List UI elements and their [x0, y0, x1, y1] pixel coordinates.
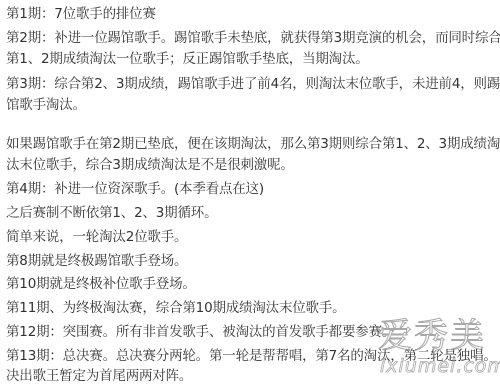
- text-line: 第1、2期成绩淘汰一位歌手；反正踢馆歌手垫底，当期淘汰。: [6, 50, 369, 68]
- text-line: 第8期就是终极踢馆歌手登场。: [6, 252, 187, 270]
- text-line: 决出歌王暂定为首尾两两对阵。: [6, 367, 192, 385]
- text-line: 第4期：补进一位资深歌手。(本季看点在这): [6, 180, 264, 198]
- text-line: 之后赛制不断依第1、2、3期循环。: [6, 204, 217, 222]
- text-line: 简单来说，一轮淘汰2位歌手。: [6, 228, 187, 246]
- text-line: 第1期：7位歌手的排位赛: [6, 5, 156, 23]
- text-line: 第2期：补进一位踢馆歌手。踢馆歌手未垫底，就获得第3期竞演的机会，而同时综合: [6, 29, 500, 47]
- text-line: 第3期：综合第2、3期成绩，踢馆歌手进了前4名，则淘汰末位歌手，未进前4，则踢: [6, 75, 500, 93]
- text-line: 第13期：总决赛。总决赛分两轮。第一轮是帮帮唱，第7名的淘汰，第二轮是独唱。: [6, 347, 497, 365]
- text-line: 第10期就是终极补位歌手登场。: [6, 275, 196, 293]
- text-line: 第12期：突围赛。所有非首发歌手、被淘汰的首发歌手都要参赛。: [6, 323, 395, 341]
- text-line: 如果踢馆歌手在第2期已垫底，便在该期淘汰，那么第3期则综合第1、2、3期成绩淘: [6, 135, 500, 153]
- text-line: 汰末位歌手，综合3期成绩淘汰是不是很刺激呢。: [6, 156, 294, 174]
- text-line: 馆歌手淘汰。: [6, 96, 86, 114]
- text-line: 第11期、为终极淘汰赛，综合第10期成绩淘汰末位歌手。: [6, 299, 345, 317]
